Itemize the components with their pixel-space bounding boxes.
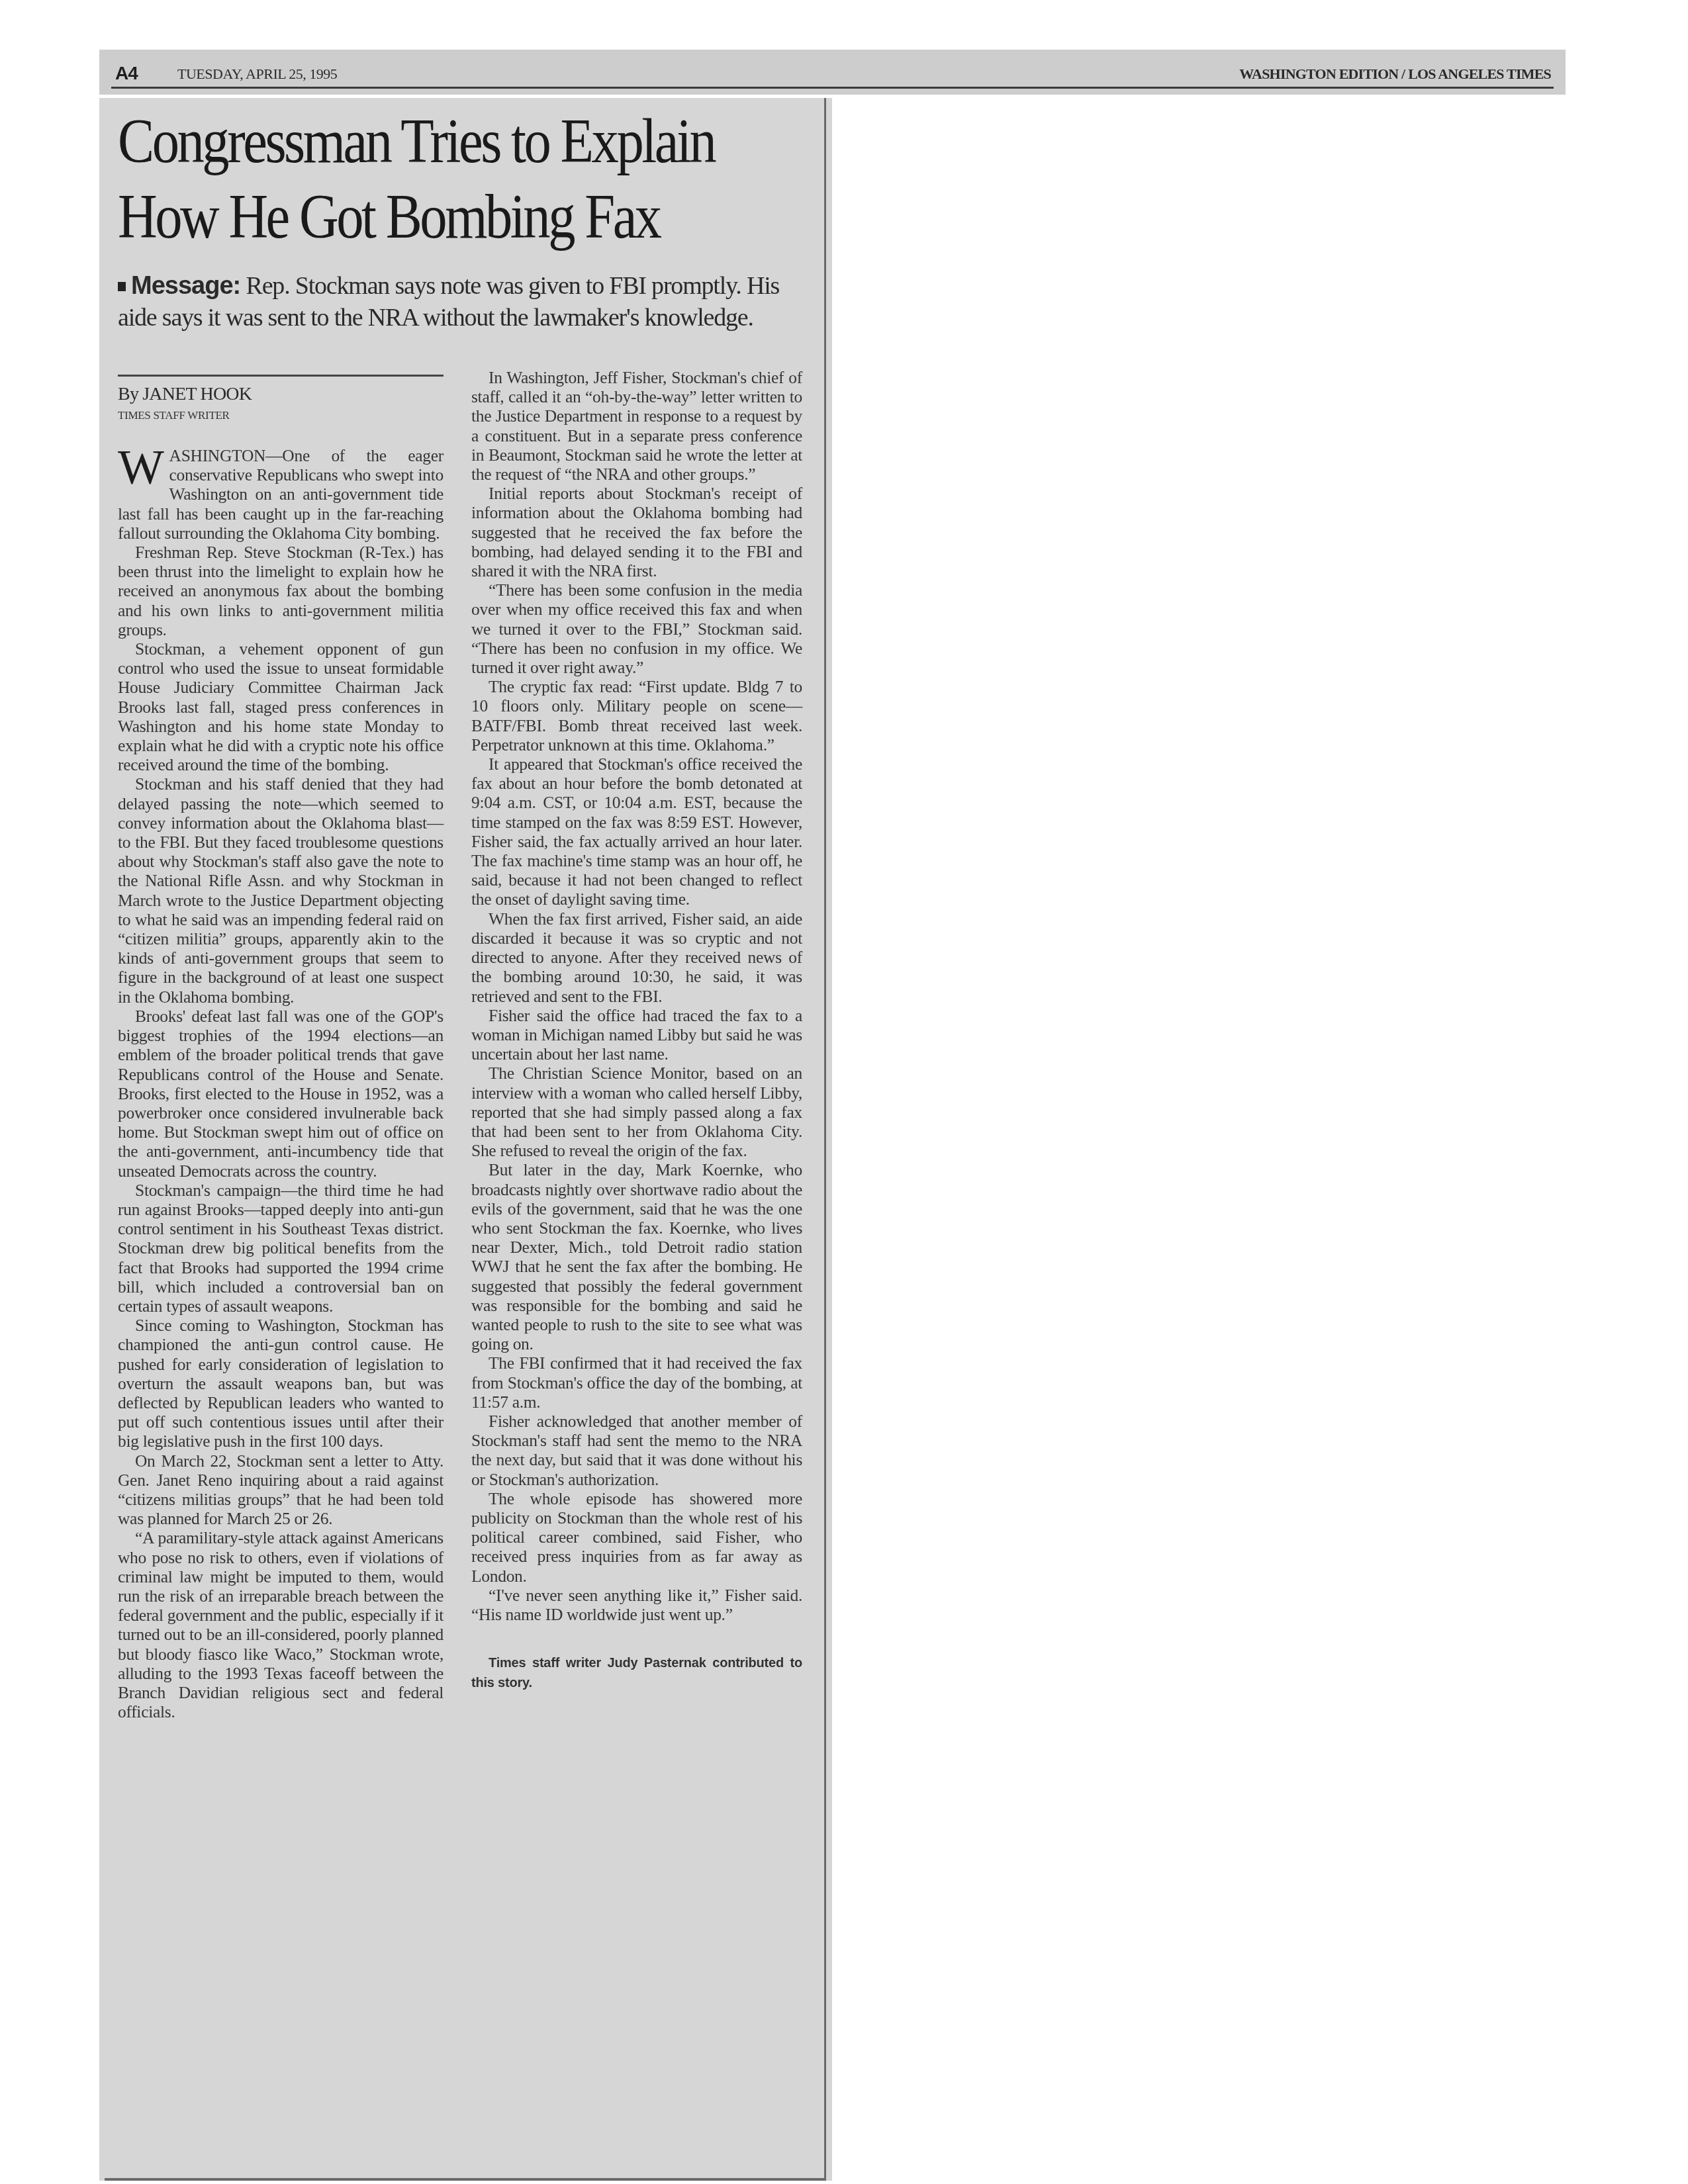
paragraph: WASHINGTON—One of the eager conservative…: [118, 446, 444, 543]
paragraph: In Washington, Jeff Fisher, Stockman's c…: [471, 368, 802, 484]
paragraph: When the fax first arrived, Fisher said,…: [471, 909, 802, 1006]
publication-date: TUESDAY, APRIL 25, 1995: [177, 66, 337, 83]
article-column-right: In Washington, Jeff Fisher, Stockman's c…: [471, 368, 802, 1693]
article-column-left: WASHINGTON—One of the eager conservative…: [118, 446, 444, 1721]
deck-kicker: Message:: [131, 272, 240, 300]
paragraph: “There has been some confusion in the me…: [471, 580, 802, 677]
paragraph: Fisher said the office had traced the fa…: [471, 1006, 802, 1064]
page-number: A4: [115, 63, 138, 84]
headline: Congressman Tries to Explain How He Got …: [118, 103, 722, 254]
right-border-rule: [824, 98, 826, 2179]
byline: By JANET HOOK: [118, 384, 252, 405]
drop-cap: W: [118, 449, 164, 487]
headline-line-1: Congressman Tries to Explain: [118, 105, 714, 176]
page-header: A4 TUESDAY, APRIL 25, 1995 WASHINGTON ED…: [99, 50, 1566, 95]
paragraph: Stockman, a vehement opponent of gun con…: [118, 639, 444, 774]
headline-line-2: How He Got Bombing Fax: [118, 181, 660, 251]
paragraph: The FBI confirmed that it had received t…: [471, 1353, 802, 1412]
byline-title: TIMES STAFF WRITER: [118, 409, 230, 422]
bottom-border-rule: [105, 2178, 826, 2181]
edition-name: WASHINGTON EDITION / LOS ANGELES TIMES: [1239, 66, 1551, 83]
paragraph: Brooks' defeat last fall was one of the …: [118, 1007, 444, 1181]
paragraph: Initial reports about Stockman's receipt…: [471, 484, 802, 580]
paragraph: Fisher acknowledged that another member …: [471, 1412, 802, 1489]
paragraph: “A paramilitary-style attack against Ame…: [118, 1528, 444, 1721]
subheadline-deck: Message: Rep. Stockman says note was giv…: [118, 270, 786, 334]
header-rule: [111, 87, 1554, 89]
paragraph: Stockman and his staff denied that they …: [118, 774, 444, 1006]
paragraph: Freshman Rep. Steve Stockman (R-Tex.) ha…: [118, 543, 444, 639]
paragraph: Stockman's campaign—the third time he ha…: [118, 1181, 444, 1316]
paragraph: But later in the day, Mark Koernke, who …: [471, 1160, 802, 1353]
paragraph: The whole episode has showered more publ…: [471, 1489, 802, 1586]
bullet-square-icon: [118, 282, 126, 291]
paragraph: The Christian Science Monitor, based on …: [471, 1064, 802, 1160]
contributor-note: Times staff writer Judy Pasternak contri…: [471, 1653, 802, 1693]
paragraph: Since coming to Washington, Stockman has…: [118, 1316, 444, 1451]
paragraph: It appeared that Stockman's office recei…: [471, 754, 802, 909]
paragraph: The cryptic fax read: “First update. Bld…: [471, 677, 802, 754]
article-clipping: Congressman Tries to Explain How He Got …: [99, 98, 832, 2181]
paragraph: On March 22, Stockman sent a letter to A…: [118, 1451, 444, 1529]
byline-rule: [118, 375, 444, 377]
paragraph: “I've never seen anything like it,” Fish…: [471, 1586, 802, 1624]
